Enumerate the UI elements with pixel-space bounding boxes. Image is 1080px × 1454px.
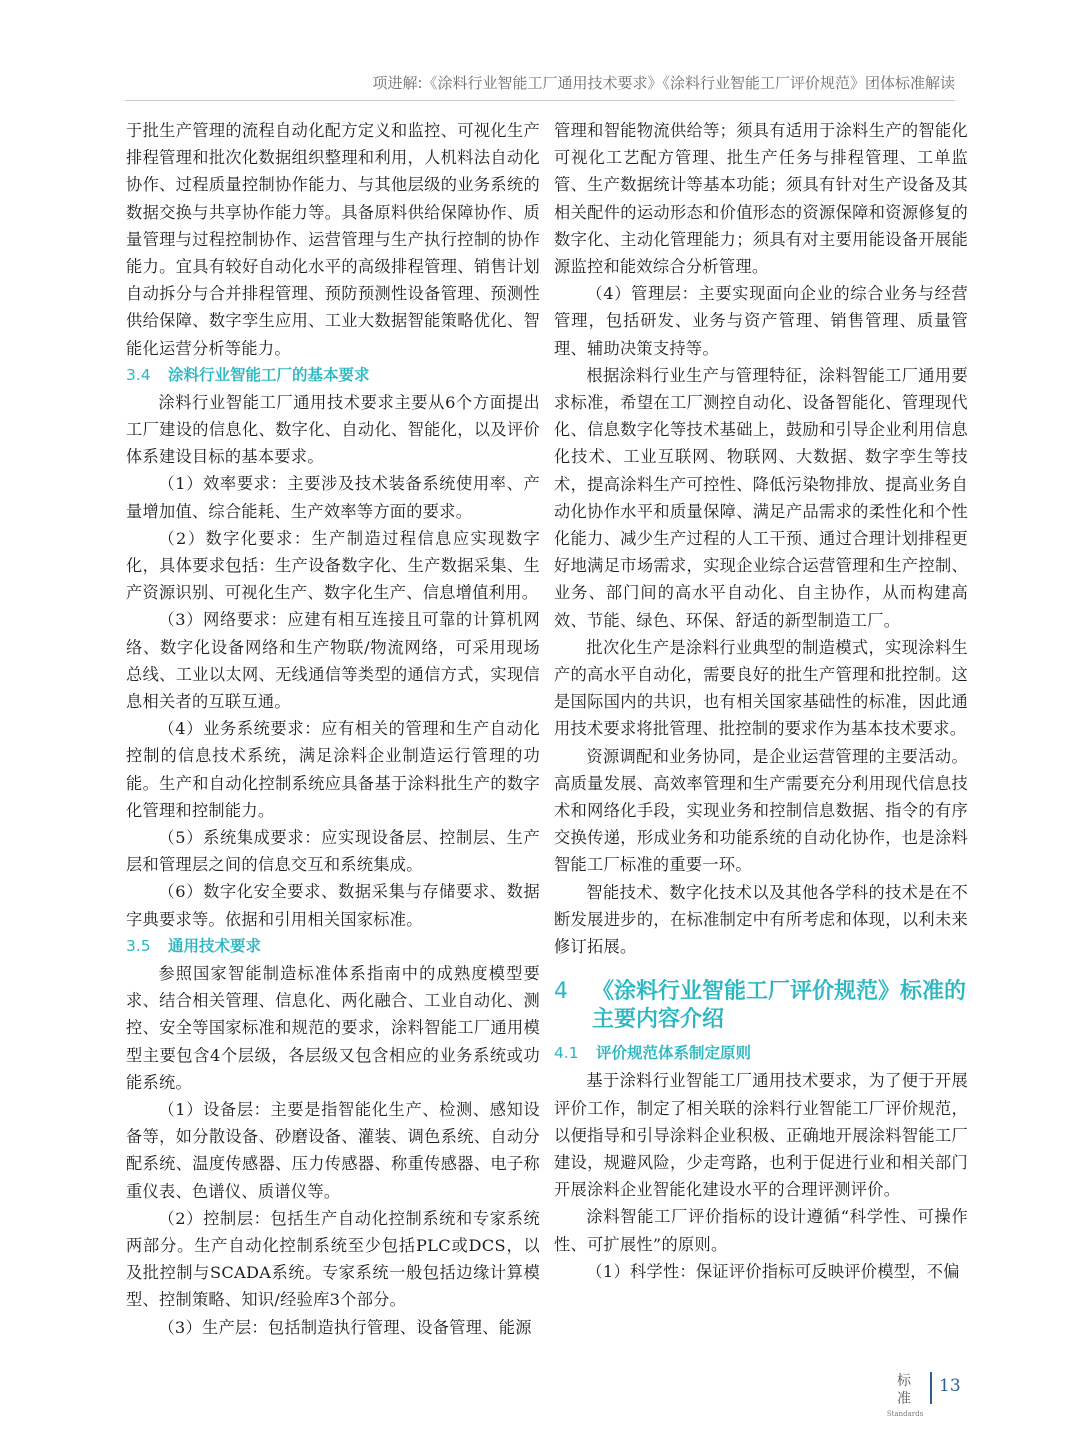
paragraph: 参照国家智能制造标准体系指南中的成熟度模型要求、结合相关管理、信息化、两化融合、… [126,960,540,1096]
paragraph: 涂料智能工厂评价指标的设计遵循“科学性、可操作性、可扩展性”的原则。 [554,1203,968,1257]
paragraph: （4）业务系统要求：应有相关的管理和生产自动化控制的信息技术系统，满足涂料企业制… [126,715,540,824]
section-number: 4.1 [554,1040,596,1067]
running-header: 项进解:《涂料行业智能工厂通用技术要求》《涂料行业智能工厂评价规范》团体标准解读 [125,72,955,101]
paragraph: （5）系统集成要求：应实现设备层、控制层、生产层和管理层之间的信息交互和系统集成… [126,824,540,878]
magazine-name-cn: 标准 [884,1372,926,1408]
paragraph: 于批生产管理的流程自动化配方定义和监控、可视化生产排程管理和批次化数据组织整理和… [126,117,540,362]
paragraph: （2）数字化要求：生产制造过程信息应实现数字化，具体要求包括：生产设备数字化、生… [126,525,540,607]
section-title: 涂料行业智能工厂的基本要求 [168,366,370,384]
paragraph: （1）设备层：主要是指智能化生产、检测、感知设备等，如分散设备、砂磨设备、灌装、… [126,1096,540,1205]
magazine-name-en: Standards [884,1408,926,1420]
paragraph: 智能技术、数字化技术以及其他各学科的技术是在不断发展进步的，在标准制定中有所考虑… [554,879,968,961]
paragraph: （2）控制层：包括生产自动化控制系统和专家系统两部分。生产自动化控制系统至少包括… [126,1205,540,1314]
footer-divider [930,1372,932,1404]
paragraph: 批次化生产是涂料行业典型的制造模式，实现涂料生产的高水平自动化，需要良好的批生产… [554,634,968,743]
paragraph: （6）数字化安全要求、数据采集与存储要求、数据字典要求等。依据和引用相关国家标准… [126,878,540,932]
paragraph: 资源调配和业务协同，是企业运营管理的主要活动。高质量发展、高效率管理和生产需要充… [554,743,968,879]
paragraph: 管理和智能物流供给等；须具有适用于涂料生产的智能化可视化工艺配方管理、批生产任务… [554,117,968,280]
chapter-heading-4: 4《涂料行业智能工厂评价规范》标准的主要内容介绍 [554,978,968,1034]
magazine-logo: 标准 Standards [884,1372,926,1420]
paragraph: 涂料行业智能工厂通用技术要求主要从6个方面提出工厂建设的信息化、数字化、自动化、… [126,389,540,471]
chapter-number: 4 [554,978,568,1006]
section-heading-3-5: 3.5通用技术要求 [126,933,540,960]
chapter-title: 《涂料行业智能工厂评价规范》标准的主要内容介绍 [592,979,966,1032]
section-number: 3.5 [126,933,168,960]
page-number: 13 [939,1376,961,1396]
section-number: 3.4 [126,362,168,389]
paragraph: 根据涂料行业生产与管理特征，涂料智能工厂通用要求标准，希望在工厂测控自动化、设备… [554,362,968,634]
paragraph: （3）网络要求：应建有相互连接且可靠的计算机网络、数字化设备网络和生产物联/物流… [126,606,540,715]
running-title: 项进解:《涂料行业智能工厂通用技术要求》《涂料行业智能工厂评价规范》团体标准解读 [372,74,955,92]
paragraph: （3）生产层：包括制造执行管理、设备管理、能源 [126,1314,540,1341]
section-title: 通用技术要求 [168,937,261,955]
paragraph: （1）科学性：保证评价指标可反映评价模型，不偏 [554,1258,968,1285]
paragraph: （4）管理层：主要实现面向企业的综合业务与经营管理，包括研发、业务与资产管理、销… [554,280,968,362]
section-heading-3-4: 3.4涂料行业智能工厂的基本要求 [126,362,540,389]
section-title: 评价规范体系制定原则 [596,1044,751,1062]
section-heading-4-1: 4.1评价规范体系制定原则 [554,1040,968,1067]
paragraph: 基于涂料行业智能工厂通用技术要求，为了便于开展评价工作，制定了相关联的涂料行业智… [554,1067,968,1203]
left-column: 于批生产管理的流程自动化配方定义和监控、可视化生产排程管理和批次化数据组织整理和… [126,117,540,1341]
paragraph: （1）效率要求：主要涉及技术装备系统使用率、产量增加值、综合能耗、生产效率等方面… [126,470,540,524]
right-column: 管理和智能物流供给等；须具有适用于涂料生产的智能化可视化工艺配方管理、批生产任务… [554,117,968,1285]
